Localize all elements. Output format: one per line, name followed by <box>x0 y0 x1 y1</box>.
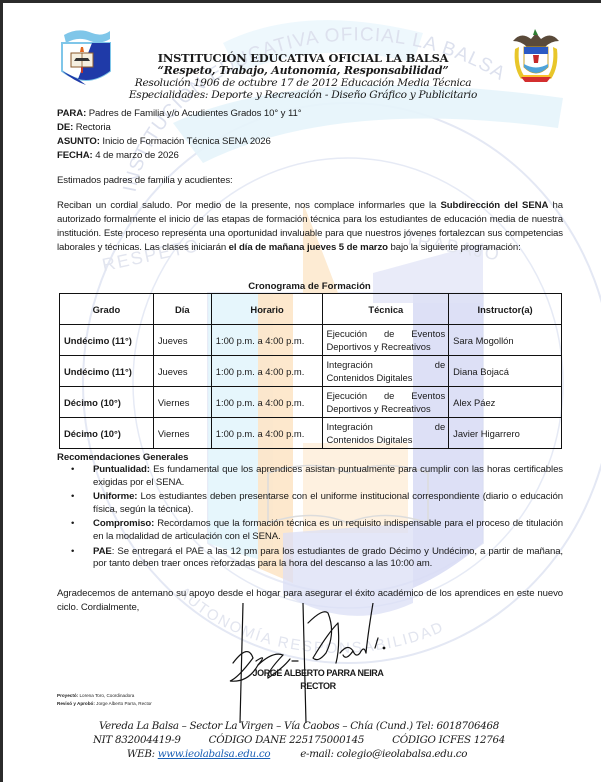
list-item: •Compromiso: Recordamos que la formación… <box>57 518 563 543</box>
signer-name: JORGE ALBERTO PARRA NEIRA <box>233 668 403 678</box>
table-row: Undécimo (11°) Jueves 1:00 p.m. a 4:00 p… <box>60 325 562 356</box>
schedule-table: Grado Día Horario Técnica Instructor(a) … <box>59 293 562 449</box>
institution-name: INSTITUCIÓN EDUCATIVA OFICIAL LA BALSA <box>103 51 503 65</box>
resolution-line: Resolución 1906 de octubre 17 de 2012 Ed… <box>103 77 503 89</box>
column-header: Técnica <box>323 294 449 325</box>
cell-tecnica: Ejecución de Eventos Deportivos y Recrea… <box>323 387 449 418</box>
bullet-icon: • <box>71 491 74 504</box>
cell-grado: Undécimo (11°) <box>60 356 154 387</box>
cell-dia: Jueves <box>153 325 211 356</box>
cell-instructor: Sara Mogollón <box>449 325 562 356</box>
institution-motto: “Respeto, Trabajo, Autonomía, Responsabi… <box>103 64 503 77</box>
list-item: •Uniforme: Los estudiantes deben present… <box>57 491 563 516</box>
intro-paragraph: Reciban un cordial saludo. Por medio de … <box>57 199 563 255</box>
cell-instructor: Diana Bojacá <box>449 356 562 387</box>
column-header: Horario <box>211 294 323 325</box>
cell-tecnica: Ejecución de Eventos Deportivos y Recrea… <box>323 325 449 356</box>
footer-codes: NIT 832004419-9CÓDIGO DANE 225175000145C… <box>3 734 598 746</box>
footer-contact: WEB: www.ieolabalsa.edu.coe-mail: colegi… <box>3 748 596 760</box>
signature-icon <box>228 603 428 723</box>
cell-dia: Viernes <box>153 387 211 418</box>
colombia-coat-of-arms-icon <box>511 27 561 87</box>
cell-dia: Jueves <box>153 356 211 387</box>
list-item: •Puntualidad: Es fundamental que los apr… <box>57 464 563 489</box>
memo-de: DE: Rectoria <box>57 121 301 135</box>
schedule-caption: Cronograma de Formación <box>57 281 562 292</box>
cell-dia: Viernes <box>153 418 211 449</box>
bullet-icon: • <box>71 518 74 531</box>
table-header-row: Grado Día Horario Técnica Instructor(a) <box>60 294 562 325</box>
list-item: •PAE: Se entregará el PAE a las 12 pm pa… <box>57 546 563 571</box>
cell-grado: Décimo (10°) <box>60 418 154 449</box>
greeting: Estimados padres de familia y acudientes… <box>57 174 233 187</box>
bullet-icon: • <box>71 546 74 559</box>
memo-para: PARA: Padres de Familia y/o Acudientes G… <box>57 107 301 121</box>
document-credits: Proyectó: Lorena Toro, Coordinadora Revi… <box>57 692 152 708</box>
recommendations-title: Recomendaciones Generales <box>57 451 188 464</box>
cell-instructor: Alex Páez <box>449 387 562 418</box>
signer-role: RECTOR <box>233 681 403 691</box>
table-row: Décimo (10°) Viernes 1:00 p.m. a 4:00 p.… <box>60 418 562 449</box>
cell-instructor: Javier Higarrero <box>449 418 562 449</box>
cell-tecnica: Integración de Contenidos Digitales <box>323 356 449 387</box>
memo-header: PARA: Padres de Familia y/o Acudientes G… <box>57 107 301 163</box>
recommendations-list: •Puntualidad: Es fundamental que los apr… <box>57 464 563 573</box>
column-header: Instructor(a) <box>449 294 562 325</box>
website-link[interactable]: www.ieolabalsa.edu.co <box>158 748 271 760</box>
cell-tecnica: Integración de Contenidos Digitales <box>323 418 449 449</box>
table-row: Décimo (10°) Viernes 1:00 p.m. a 4:00 p.… <box>60 387 562 418</box>
table-row: Undécimo (11°) Jueves 1:00 p.m. a 4:00 p… <box>60 356 562 387</box>
cell-horario: 1:00 p.m. a 4:00 p.m. <box>211 387 323 418</box>
specialties-line: Especialidades: Deporte y Recreación - D… <box>103 89 503 101</box>
document-page: INSTITUCIÓN EDUCATIVA OFICIAL LA BALSA R… <box>3 3 601 782</box>
footer-address: Vereda La Balsa – Sector La Virgen – Vía… <box>3 720 598 732</box>
cell-horario: 1:00 p.m. a 4:00 p.m. <box>211 325 323 356</box>
memo-fecha: FECHA: 4 de marzo de 2026 <box>57 149 301 163</box>
column-header: Día <box>153 294 211 325</box>
cell-grado: Décimo (10°) <box>60 387 154 418</box>
memo-asunto: ASUNTO: Inicio de Formación Técnica SENA… <box>57 135 301 149</box>
cell-grado: Undécimo (11°) <box>60 325 154 356</box>
cell-horario: 1:00 p.m. a 4:00 p.m. <box>211 418 323 449</box>
footer-email: e-mail: colegio@ieolabalsa.edu.co <box>300 748 467 760</box>
bullet-icon: • <box>71 464 74 477</box>
cell-horario: 1:00 p.m. a 4:00 p.m. <box>211 356 323 387</box>
column-header: Grado <box>60 294 154 325</box>
